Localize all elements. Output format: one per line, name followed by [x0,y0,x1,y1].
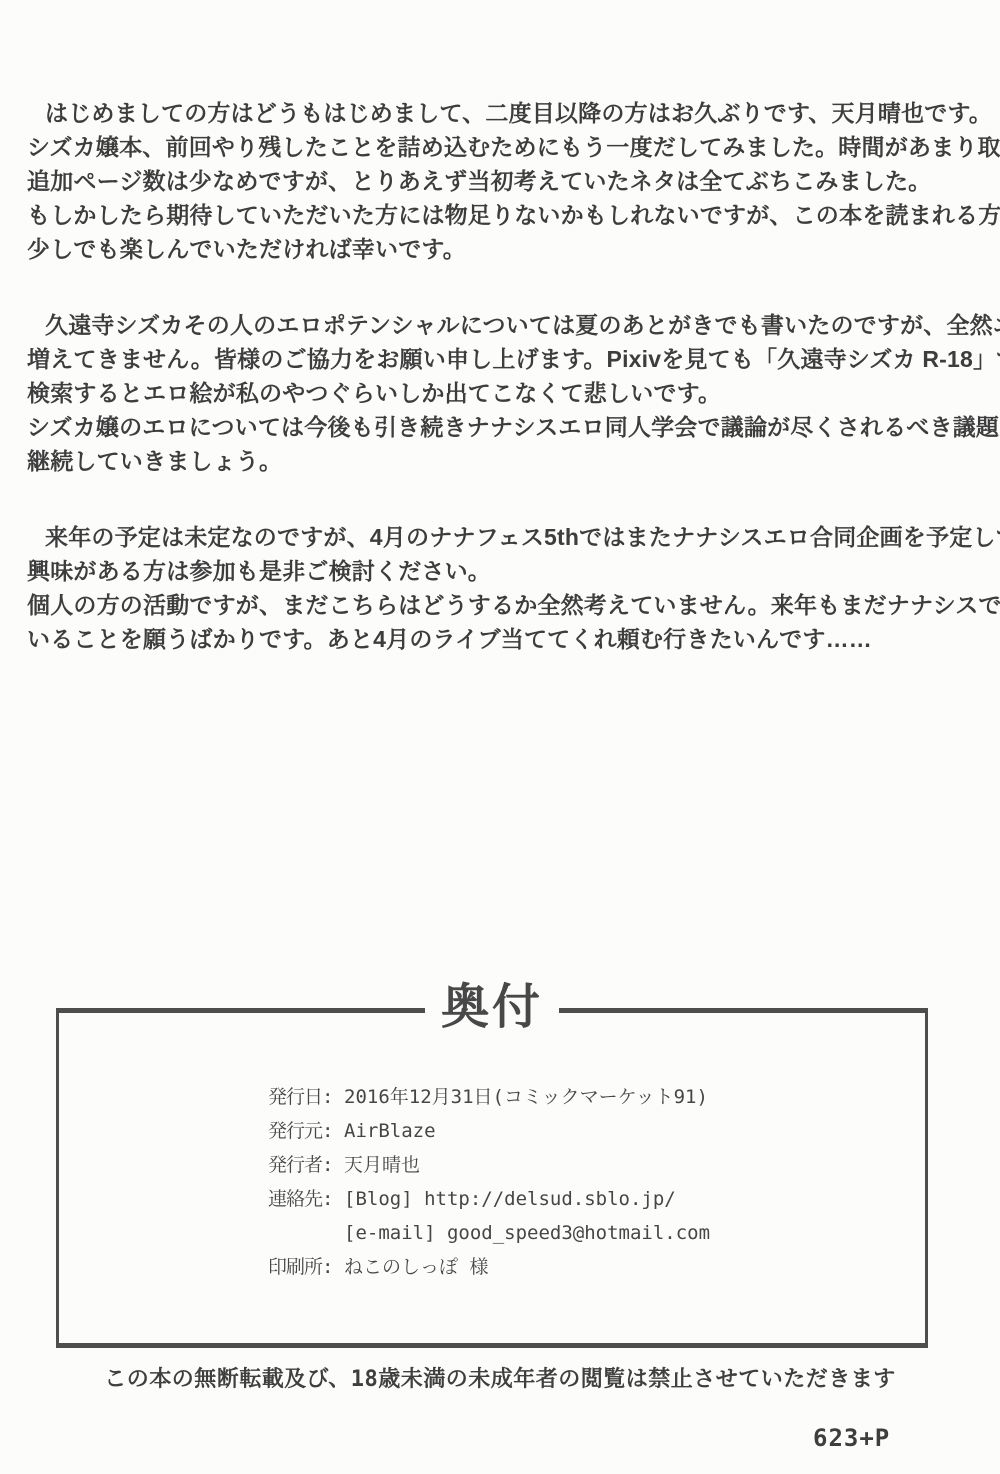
colophon-label: 発行日: [268,1087,344,1108]
afterword-line: シズカ嬢本、前回やり残したことを詰め込むためにもう一度だしてみました。時間があま… [27,130,994,164]
afterword-line: 追加ページ数は少なめですが、とりあえず当初考えていたネタは全てぶちこみました。 [27,164,994,198]
afterword-line: 興味がある方は参加も是非ご検討ください。 [27,554,994,588]
colophon-row: 発行日: 2016年12月31日(コミックマーケット91) [268,1087,710,1108]
disclaimer-text: この本の無断転載及び、18歳未満の未成年者の閲覧は禁止させていただきます [0,1362,1000,1393]
colophon-title: 奥付 [425,977,559,1037]
afterword-line: 少しでも楽しんでいただければ幸いです。 [27,232,994,266]
colophon-value: 天月晴也 [344,1155,420,1176]
afterword-line: 久遠寺シズカその人のエロポテンシャルについては夏のあとがきでも書いたのですが、全… [27,308,994,342]
colophon-rows: 発行日: 2016年12月31日(コミックマーケット91) 発行元: AirBl… [268,1087,710,1291]
colophon-row: 発行者: 天月晴也 [268,1155,710,1176]
colophon-row: 発行元: AirBlaze [268,1121,710,1142]
colophon-row: 連絡先: [Blog] http://delsud.sblo.jp/ [268,1189,710,1210]
page-number: 623+P [813,1424,890,1452]
colophon-label: 印刷所: [268,1257,344,1278]
colophon-label: 発行元: [268,1121,344,1142]
afterword-line: 個人の方の活動ですが、まだこちらはどうするか全然考えていません。来年もまだナナシ… [27,588,994,622]
colophon-label: 発行者: [268,1155,344,1176]
afterword-line: もしかしたら期待していただいた方には物足りないかもしれないですが、この本を読まれ… [27,198,994,232]
afterword-line: いることを願うばかりです。あと4月のライブ当ててくれ頼む行きたいんです…… [27,622,994,656]
afterword-line: 継続していきましょう。 [27,444,994,478]
afterword-text: はじめましての方はどうもはじめまして、二度目以降の方はお久ぶりです、天月晴也です… [27,96,994,698]
colophon-label [268,1223,344,1244]
scanned-afterword-page: はじめましての方はどうもはじめまして、二度目以降の方はお久ぶりです、天月晴也です… [0,0,1000,1474]
colophon-row: [e-mail] good_speed3@hotmail.com [268,1223,710,1244]
afterword-paragraph: はじめましての方はどうもはじめまして、二度目以降の方はお久ぶりです、天月晴也です… [27,96,994,266]
colophon-value: 2016年12月31日(コミックマーケット91) [344,1087,708,1108]
afterword-line: 増えてきません。皆様のご協力をお願い申し上げます。Pixivを見ても「久遠寺シズ… [27,342,994,376]
colophon-row: 印刷所: ねこのしっぽ 様 [268,1257,710,1278]
afterword-line: はじめましての方はどうもはじめまして、二度目以降の方はお久ぶりです、天月晴也です… [27,96,994,130]
colophon-value: [Blog] http://delsud.sblo.jp/ [344,1189,676,1210]
colophon-box: 奥付 発行日: 2016年12月31日(コミックマーケット91) 発行元: Ai… [56,1008,928,1348]
colophon-value: [e-mail] good_speed3@hotmail.com [344,1223,710,1244]
afterword-line: シズカ嬢のエロについては今後も引き続きナナシスエロ同人学会で議論が尽くされるべき… [27,410,994,444]
afterword-paragraph: 来年の予定は未定なのですが、4月のナナフェス5thではまたナナシスエロ合同企画を… [27,520,994,656]
afterword-line: 来年の予定は未定なのですが、4月のナナフェス5thではまたナナシスエロ合同企画を… [27,520,994,554]
colophon-value: ねこのしっぽ 様 [344,1257,488,1278]
colophon-value: AirBlaze [344,1121,436,1142]
afterword-line: 検索するとエロ絵が私のやつぐらいしか出てこなくて悲しいです。 [27,376,994,410]
afterword-paragraph: 久遠寺シズカその人のエロポテンシャルについては夏のあとがきでも書いたのですが、全… [27,308,994,478]
colophon-label: 連絡先: [268,1189,344,1210]
